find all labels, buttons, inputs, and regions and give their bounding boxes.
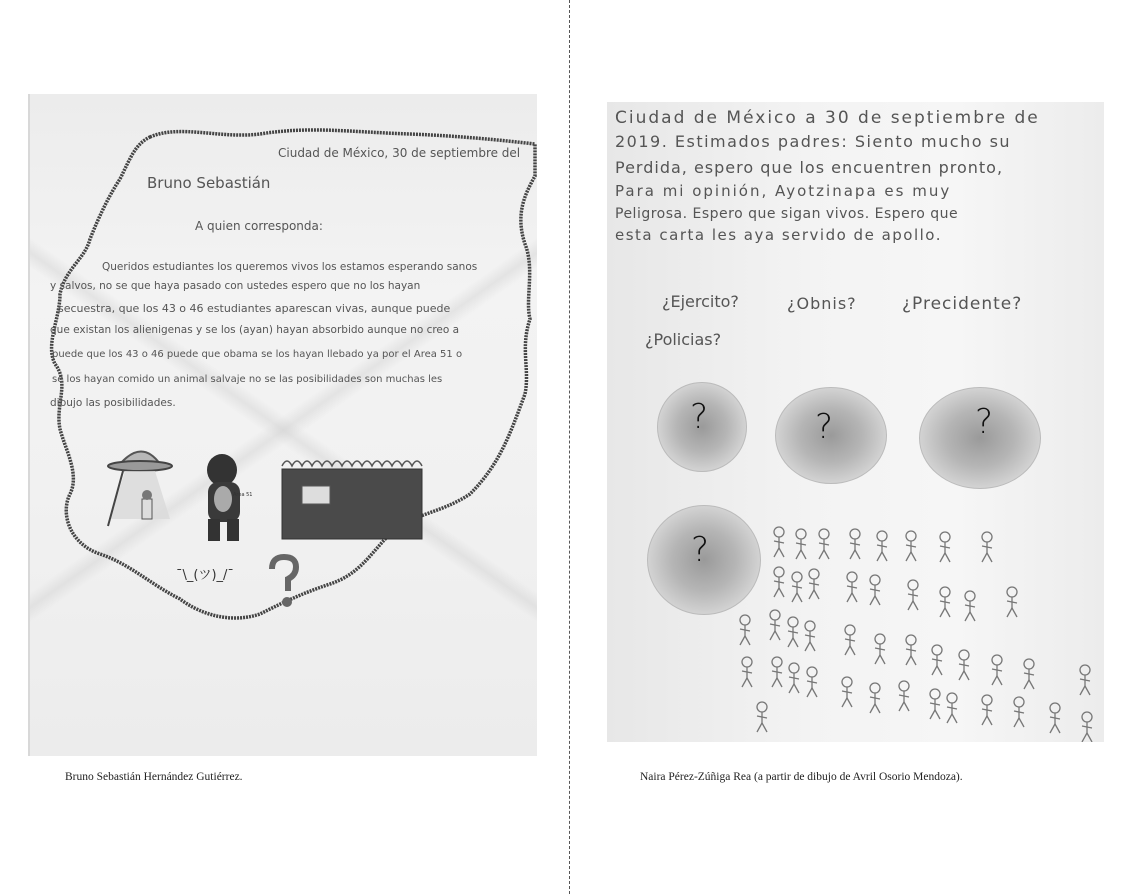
ufo-drawing [108, 452, 172, 527]
left-figure-caption: Bruno Sebastián Hernández Gutiérrez. [65, 771, 243, 783]
page-gutter-divider [569, 0, 570, 894]
area-51-wall-drawing [282, 461, 422, 539]
stick-figures-crowd [607, 102, 1104, 742]
right-letter-scan: Ciudad de México a 30 de septiembre de 2… [607, 102, 1104, 742]
area-51-sign-text: Area 51 [233, 492, 252, 498]
right-figure-caption: Naira Pérez-Zúñiga Rea (a partir de dibu… [640, 771, 963, 783]
left-letter-scan: Ciudad de México, 30 de septiembre del B… [28, 94, 537, 756]
shrug-emoticon: ¯\_(ツ)_/¯ [176, 564, 234, 583]
question-mark-drawing [272, 557, 296, 607]
